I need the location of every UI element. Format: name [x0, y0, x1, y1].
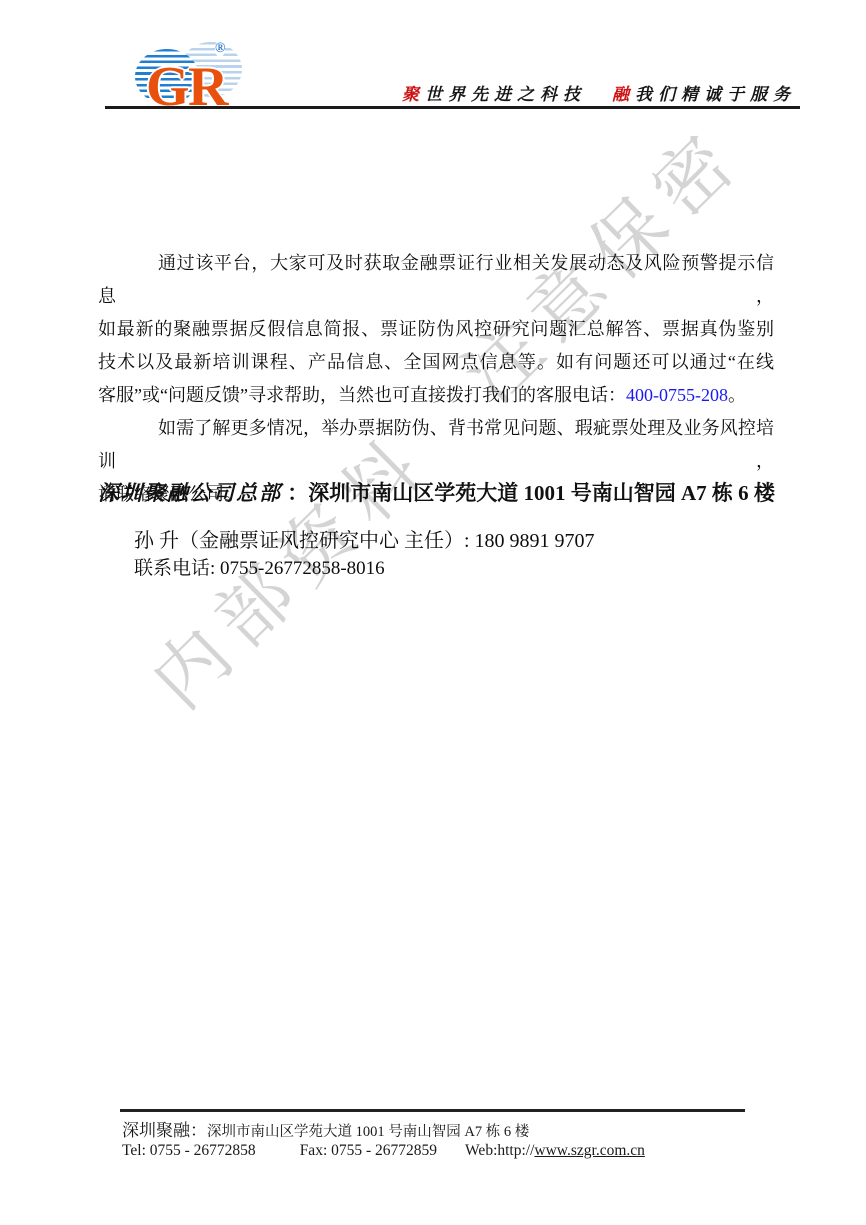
paragraph-platform-intro: 通过该平台，大家可及时获取金融票证行业相关发展动态及风险预警提示信息， 如最新的… [98, 247, 774, 412]
document-page: 内部资料注意保密 G R ® 聚世界先进之科技融我们精诚于服务 通过该平台，大家… [0, 0, 866, 1225]
paragraph-line: 如需了解更多情况，举办票据防伪、背书常见问题、瑕疵票处理及业务风控培训， [98, 412, 774, 478]
contact-phone-line: 联系电话: 0755-26772858-8016 [134, 555, 385, 583]
registered-trademark-icon: ® [215, 41, 225, 57]
footer-tel-label: Tel: [122, 1142, 150, 1159]
footer-fax-label: Fax: [300, 1142, 331, 1159]
contact-person-line: 孙 升（金融票证风控研究中心 主任）: 180 9891 9707 [134, 527, 595, 555]
footer-web-label: Web:http:// [465, 1142, 534, 1159]
footer-fax-number: 0755 - 26772859 [331, 1142, 437, 1159]
footer-address-line: 深圳聚融：深圳市南山区学苑大道 1001 号南山智园 A7 栋 6 楼 [122, 1116, 529, 1141]
slogan-highlight-1: 聚 [402, 85, 425, 104]
headquarters-colon: ： [282, 481, 308, 505]
company-slogan: 聚世界先进之科技融我们精诚于服务 [402, 80, 796, 105]
paragraph-line: 客服”或“问题反馈”寻求帮助，当然也可直接拨打我们的客服电话：400-0755-… [98, 379, 774, 412]
paragraph-line: 技术以及最新培训课程、产品信息、全国网点信息等。如有问题还可以通过“在线 [98, 346, 774, 379]
slogan-text-1: 世界先进之科技 [425, 85, 586, 104]
slogan-text-2: 我们精诚于服务 [635, 85, 796, 104]
headquarters-label: 深圳聚融公司总部 [98, 481, 282, 505]
service-hotline-link[interactable]: 400-0755-208 [626, 385, 728, 405]
headquarters-address-line: 深圳聚融公司总部 ：深圳市南山区学苑大道 1001 号南山智园 A7 栋 6 楼 [98, 478, 798, 509]
footer-website-link[interactable]: www.szgr.com.cn [534, 1142, 644, 1159]
footer-divider [120, 1109, 745, 1112]
header-divider [105, 106, 800, 109]
headquarters-address: 深圳市南山区学苑大道 1001 号南山智园 A7 栋 6 楼 [308, 481, 775, 505]
paragraph-line: 如最新的聚融票据反假信息简报、票证防伪风控研究问题汇总解答、票据真伪鉴别 [98, 313, 774, 346]
line-text: 。 [728, 385, 746, 405]
company-logo: G R ® [135, 28, 255, 108]
footer-address: 深圳市南山区学苑大道 1001 号南山智园 A7 栋 6 楼 [207, 1124, 529, 1140]
line-text: 客服”或“问题反馈”寻求帮助，当然也可直接拨打我们的客服电话： [98, 385, 626, 405]
slogan-highlight-2: 融 [612, 85, 635, 104]
footer-tel-number: 0755 - 26772858 [150, 1142, 256, 1159]
footer-company-label: 深圳聚融： [122, 1121, 207, 1140]
paragraph-line: 通过该平台，大家可及时获取金融票证行业相关发展动态及风险预警提示信息， [98, 247, 774, 313]
footer-contacts-line: Tel: 0755 - 26772858Fax: 0755 - 26772859… [122, 1142, 645, 1160]
